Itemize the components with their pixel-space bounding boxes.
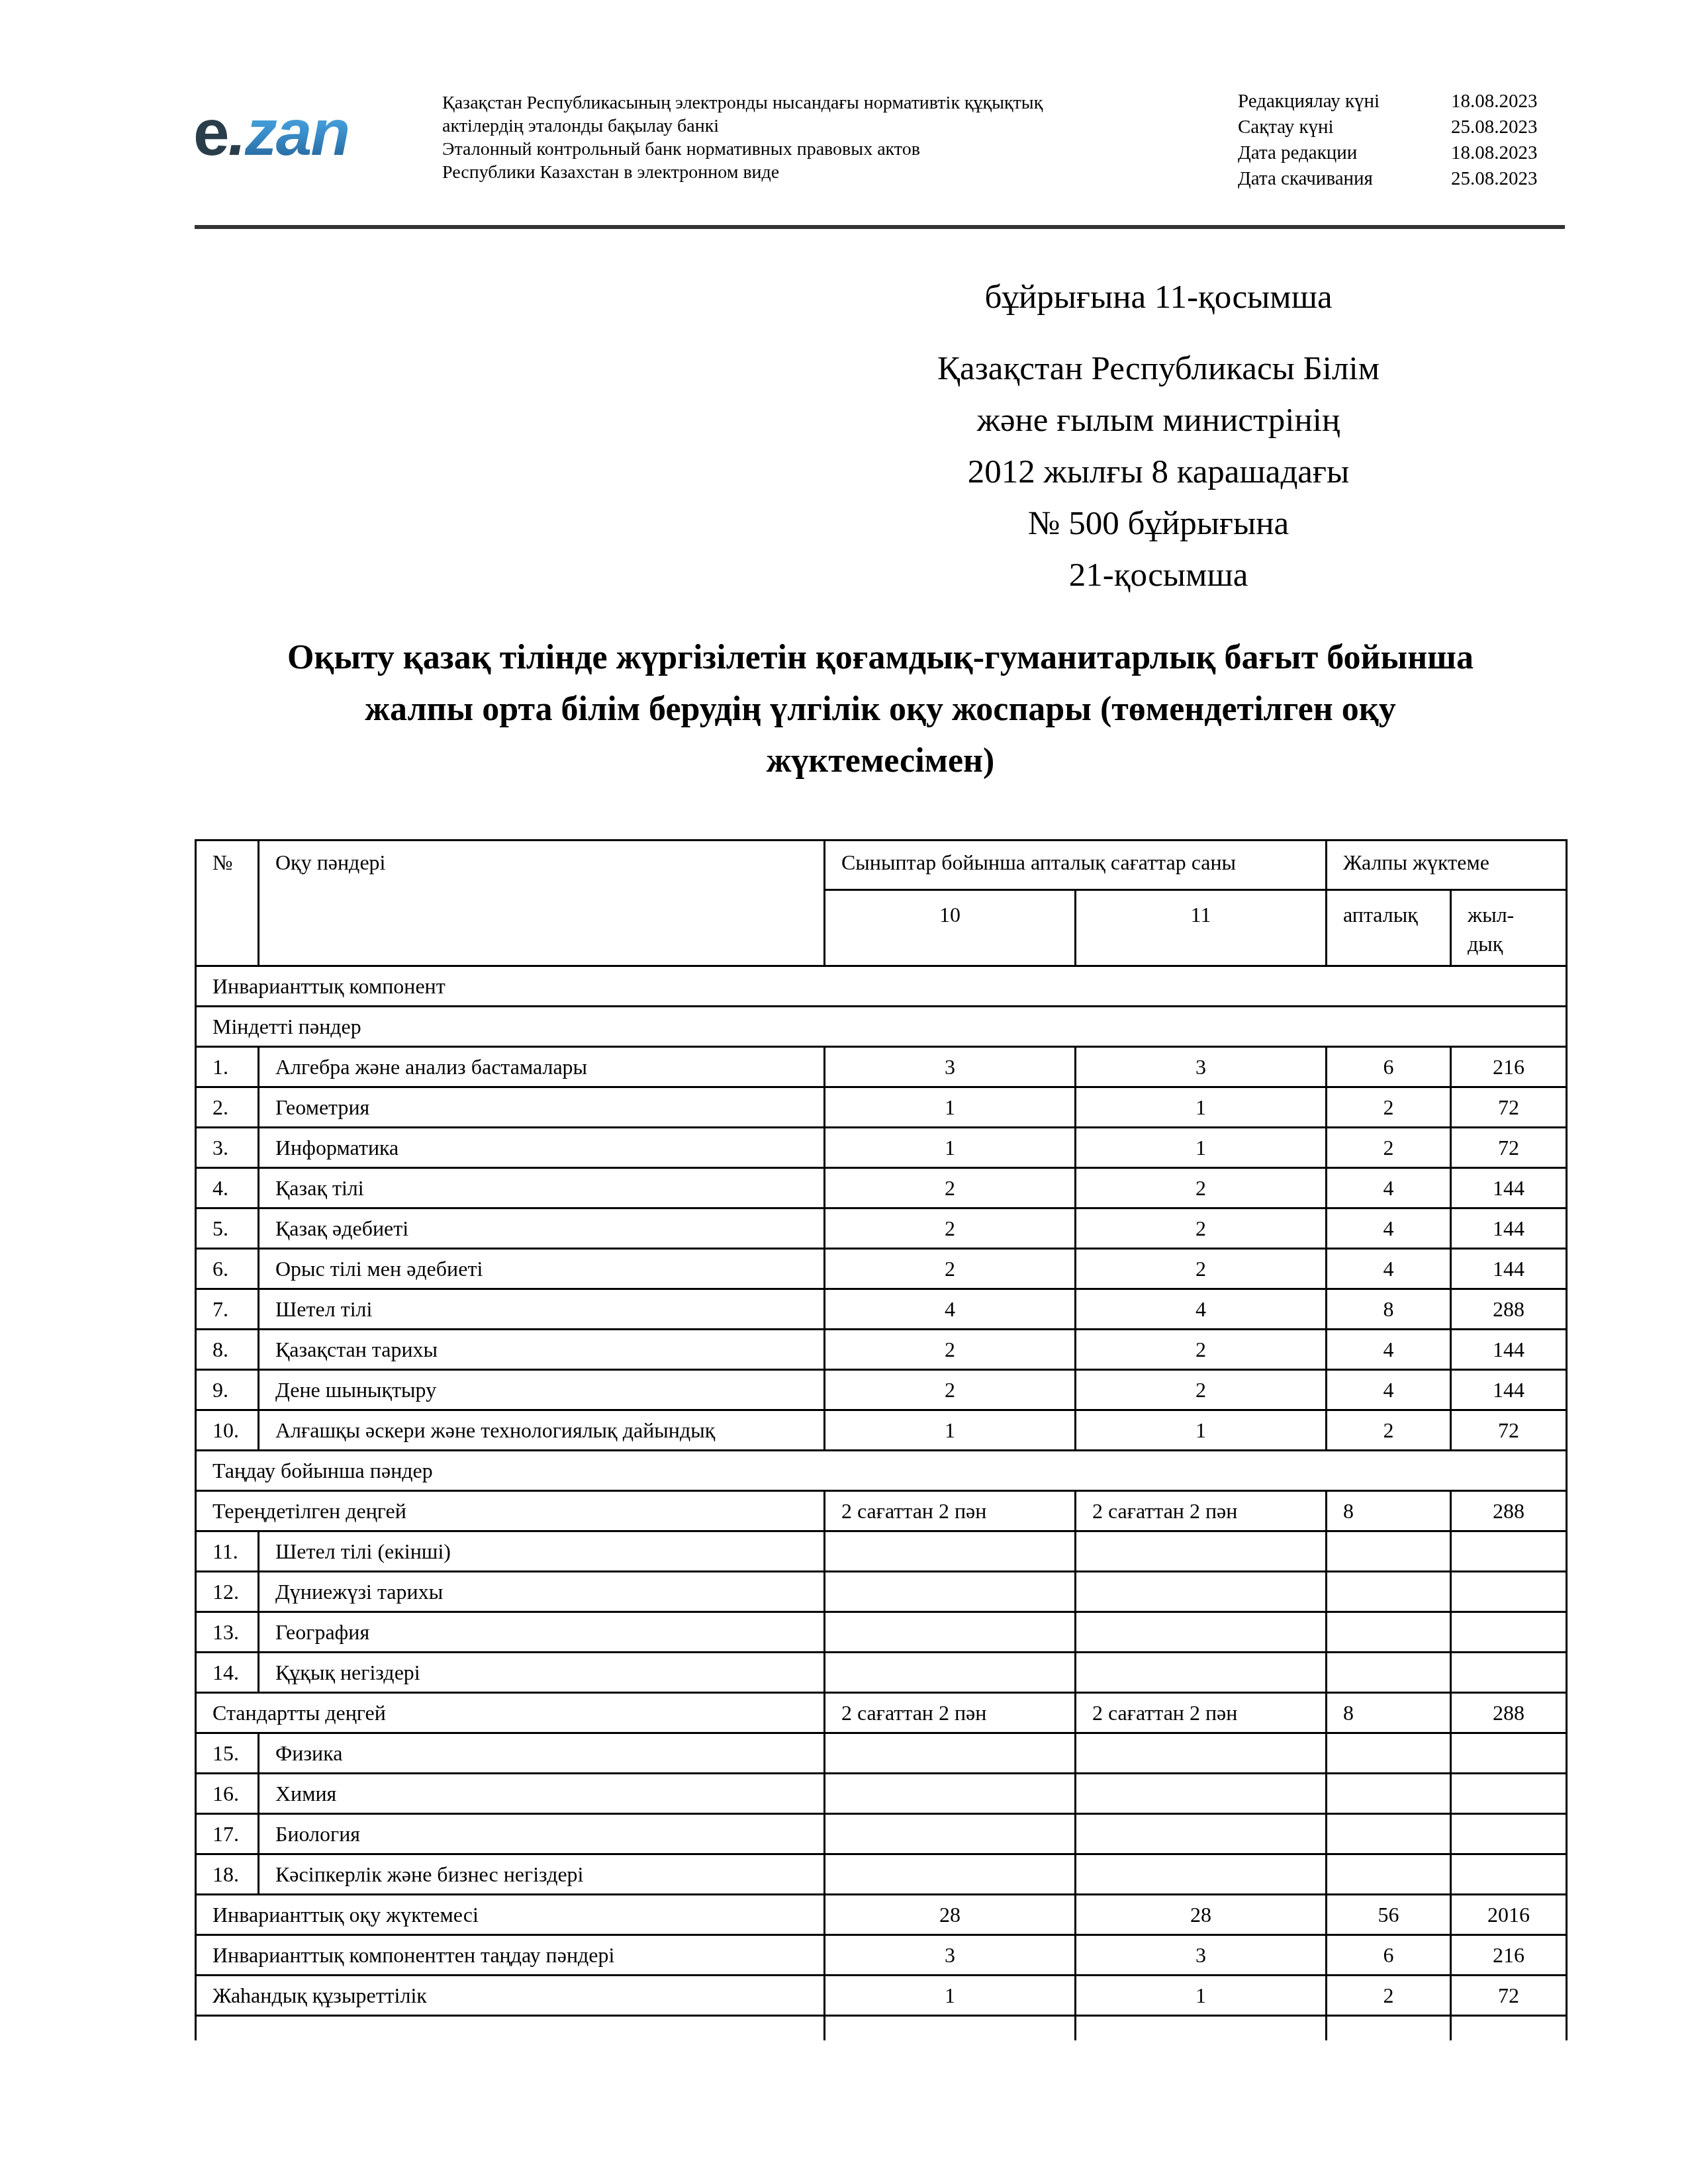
total-label: Инварианттық оқу жүктемесі [196,1895,825,1935]
grade11-hours: 3 [1076,1935,1327,1976]
empty-cell [825,1653,1076,1693]
empty-cell [1451,2016,1567,2041]
table-row: 15.Физика [196,1733,1567,1774]
empty-cell [1076,1612,1327,1653]
row-number: 13. [196,1612,259,1653]
subject-name: Шетел тілі [259,1289,825,1330]
subject-name: География [259,1612,825,1653]
row-number: 5. [196,1208,259,1249]
empty-cell [1451,1733,1567,1774]
section-row: Инварианттық компонент [196,966,1567,1007]
grade10-hours: 1 [825,1410,1076,1451]
weekly-total: 56 [1327,1895,1451,1935]
empty-cell [1327,1814,1451,1854]
row-number: 6. [196,1249,259,1289]
grade11-hours: 2 [1076,1330,1327,1370]
weekly-total: 2 [1327,1128,1451,1168]
empty-cell [1327,1572,1451,1612]
weekly-total: 2 [1327,1976,1451,2016]
yearly-total: 288 [1451,1693,1567,1733]
grade11-hours: 28 [1076,1895,1327,1935]
empty-cell [196,2016,825,2041]
empty-cell [825,1814,1076,1854]
row-number: 7. [196,1289,259,1330]
header-line: Қазақстан Республикасының электронды ныс… [442,91,1043,114]
col-yearly-header: жыл-дық [1451,890,1567,966]
header-line: Республики Казахстан в электронном виде [442,161,1043,184]
col-grade11-header: 11 [1076,890,1327,966]
grade11-hours: 1 [1076,1128,1327,1168]
row-number: 14. [196,1653,259,1693]
grade11-hours: 1 [1076,1976,1327,2016]
yearly-total: 288 [1451,1491,1567,1531]
level-label: Стандартты деңгей [196,1693,825,1733]
yearly-total: 72 [1451,1976,1567,2016]
header-divider [195,225,1565,229]
row-number: 11. [196,1531,259,1572]
weekly-total: 6 [1327,1935,1451,1976]
table-row: 1.Алгебра және анализ бастамалары336216 [196,1047,1567,1087]
col-weekly-header: апталық [1327,890,1451,966]
table-row: 5.Қазақ әдебиеті224144 [196,1208,1567,1249]
empty-cell [1076,1774,1327,1814]
col-total-load-header: Жалпы жүктеме [1327,841,1567,890]
ezan-logo: e.zan [193,99,349,165]
meta-row: Сақтау күні25.08.2023 [1238,114,1538,140]
grade10-hours: 28 [825,1895,1076,1935]
yearly-total: 288 [1451,1289,1567,1330]
header-line: Эталонный контрольный банк нормативных п… [442,138,1043,161]
yearly-total: 72 [1451,1087,1567,1128]
empty-cell [1076,2016,1327,2041]
subject-name: Алғашқы әскери және технологиялық дайынд… [259,1410,825,1451]
annex-block: бұйрығына 11-қосымша Қазақстан Республик… [861,271,1456,601]
subject-name: Құқық негіздері [259,1653,825,1693]
subject-name: Биология [259,1814,825,1854]
yearly-total: 216 [1451,1935,1567,1976]
yearly-total: 144 [1451,1208,1567,1249]
grade11-hours: 2 сағаттан 2 пән [1076,1693,1327,1733]
blank-row [196,2016,1567,2041]
yearly-total: 144 [1451,1370,1567,1410]
table-row: 17.Биология [196,1814,1567,1854]
grade11-hours: 2 [1076,1168,1327,1208]
meta-row: Дата скачивания25.08.2023 [1238,166,1538,192]
col-no-header: № [196,841,259,966]
grade10-hours: 2 [825,1249,1076,1289]
grade10-hours: 1 [825,1128,1076,1168]
empty-cell [1327,1531,1451,1572]
empty-cell [1076,1733,1327,1774]
section-row: Таңдау бойынша пәндер [196,1451,1567,1491]
total-label: Жаһандық құзыреттілік [196,1976,825,2016]
grade10-hours: 3 [825,1935,1076,1976]
total-row: Инварианттық оқу жүктемесі2828562016 [196,1895,1567,1935]
yearly-total: 216 [1451,1047,1567,1087]
empty-cell [1076,1653,1327,1693]
empty-cell [1451,1774,1567,1814]
meta-row: Редакциялау күні18.08.2023 [1238,89,1538,114]
yearly-total: 72 [1451,1128,1567,1168]
empty-cell [1076,1854,1327,1895]
meta-row: Дата редакции18.08.2023 [1238,140,1538,166]
table-row: 4.Қазақ тілі224144 [196,1168,1567,1208]
table-row: 14.Құқық негіздері [196,1653,1567,1693]
empty-cell [1076,1572,1327,1612]
row-number: 10. [196,1410,259,1451]
level-row: Стандартты деңгей2 сағаттан 2 пән2 сағат… [196,1693,1567,1733]
col-grade10-header: 10 [825,890,1076,966]
empty-cell [825,1612,1076,1653]
subject-name: Қазақстан тарихы [259,1330,825,1370]
empty-cell [1451,1854,1567,1895]
level-row: Тереңдетілген деңгей2 сағаттан 2 пән2 са… [196,1491,1567,1531]
grade11-hours: 1 [1076,1087,1327,1128]
weekly-total: 4 [1327,1330,1451,1370]
row-number: 3. [196,1128,259,1168]
weekly-total: 4 [1327,1249,1451,1289]
row-number: 17. [196,1814,259,1854]
grade10-hours: 3 [825,1047,1076,1087]
table-row: 6.Орыс тілі мен әдебиеті224144 [196,1249,1567,1289]
weekly-total: 4 [1327,1370,1451,1410]
yearly-total: 2016 [1451,1895,1567,1935]
row-number: 9. [196,1370,259,1410]
row-number: 1. [196,1047,259,1087]
total-row: Жаһандық құзыреттілік11272 [196,1976,1567,2016]
yearly-total: 144 [1451,1330,1567,1370]
table-row: 2.Геометрия11272 [196,1087,1567,1128]
weekly-total: 8 [1327,1491,1451,1531]
empty-cell [825,2016,1076,2041]
table-header-row: № Оқу пәндері Сыныптар бойынша апталық с… [196,841,1567,890]
grade10-hours: 2 сағаттан 2 пән [825,1693,1076,1733]
table-row: 16.Химия [196,1774,1567,1814]
row-number: 16. [196,1774,259,1814]
empty-cell [825,1733,1076,1774]
subject-name: Геометрия [259,1087,825,1128]
empty-cell [825,1572,1076,1612]
header-meta: Редакциялау күні18.08.2023 Сақтау күні25… [1238,89,1538,192]
header-description: Қазақстан Республикасының электронды ныс… [442,91,1043,184]
weekly-total: 8 [1327,1289,1451,1330]
document-title: Оқыту қазақ тілінде жүргізілетін қоғамды… [192,632,1569,787]
header-line: актілердің эталонды бақылау банкі [442,114,1043,138]
col-weekly-hours-header: Сыныптар бойынша апталық сағаттар саны [825,841,1327,890]
row-number: 15. [196,1733,259,1774]
grade11-hours: 2 [1076,1208,1327,1249]
grade10-hours: 2 [825,1370,1076,1410]
table-row: 12.Дүниежүзі тарихы [196,1572,1567,1612]
grade11-hours: 2 сағаттан 2 пән [1076,1491,1327,1531]
level-label: Тереңдетілген деңгей [196,1491,825,1531]
empty-cell [1076,1814,1327,1854]
subject-name: Информатика [259,1128,825,1168]
empty-cell [1451,1612,1567,1653]
yearly-total: 144 [1451,1168,1567,1208]
empty-cell [825,1774,1076,1814]
grade11-hours: 3 [1076,1047,1327,1087]
table-row: 10.Алғашқы әскери және технологиялық дай… [196,1410,1567,1451]
subject-name: Дене шынықтыру [259,1370,825,1410]
section-row: Міндетті пәндер [196,1007,1567,1047]
table-row: 7.Шетел тілі448288 [196,1289,1567,1330]
subject-name: Алгебра және анализ бастамалары [259,1047,825,1087]
empty-cell [1451,1653,1567,1693]
empty-cell [825,1854,1076,1895]
row-number: 4. [196,1168,259,1208]
grade10-hours: 2 сағаттан 2 пән [825,1491,1076,1531]
empty-cell [825,1531,1076,1572]
yearly-total: 144 [1451,1249,1567,1289]
grade10-hours: 2 [825,1208,1076,1249]
row-number: 2. [196,1087,259,1128]
table-row: 8.Қазақстан тарихы224144 [196,1330,1567,1370]
table-row: 9.Дене шынықтыру224144 [196,1370,1567,1410]
subject-name: Кәсіпкерлік және бизнес негіздері [259,1854,825,1895]
empty-cell [1327,1774,1451,1814]
grade11-hours: 4 [1076,1289,1327,1330]
curriculum-table: № Оқу пәндері Сыныптар бойынша апталық с… [195,839,1568,2040]
table-row: 11.Шетел тілі (екінші) [196,1531,1567,1572]
grade10-hours: 1 [825,1087,1076,1128]
row-number: 12. [196,1572,259,1612]
row-number: 8. [196,1330,259,1370]
subject-name: Дүниежүзі тарихы [259,1572,825,1612]
grade10-hours: 4 [825,1289,1076,1330]
subject-name: Химия [259,1774,825,1814]
weekly-total: 2 [1327,1087,1451,1128]
empty-cell [1076,1531,1327,1572]
subject-name: Қазақ тілі [259,1168,825,1208]
weekly-total: 8 [1327,1693,1451,1733]
grade10-hours: 2 [825,1168,1076,1208]
col-subjects-header: Оқу пәндері [259,841,825,966]
weekly-total: 6 [1327,1047,1451,1087]
weekly-total: 4 [1327,1208,1451,1249]
total-row: Инварианттық компоненттен таңдау пәндері… [196,1935,1567,1976]
subject-name: Шетел тілі (екінші) [259,1531,825,1572]
subject-name: Қазақ әдебиеті [259,1208,825,1249]
empty-cell [1327,1854,1451,1895]
table-row: 13.География [196,1612,1567,1653]
empty-cell [1451,1531,1567,1572]
weekly-total: 4 [1327,1168,1451,1208]
grade11-hours: 2 [1076,1249,1327,1289]
empty-cell [1451,1572,1567,1612]
empty-cell [1327,1612,1451,1653]
weekly-total: 2 [1327,1410,1451,1451]
row-number: 18. [196,1854,259,1895]
subject-name: Физика [259,1733,825,1774]
yearly-total: 72 [1451,1410,1567,1451]
grade10-hours: 1 [825,1976,1076,2016]
table-row: 3.Информатика11272 [196,1128,1567,1168]
empty-cell [1451,1814,1567,1854]
total-label: Инварианттық компоненттен таңдау пәндері [196,1935,825,1976]
grade10-hours: 2 [825,1330,1076,1370]
grade11-hours: 1 [1076,1410,1327,1451]
table-row: 18.Кәсіпкерлік және бизнес негіздері [196,1854,1567,1895]
empty-cell [1327,1653,1451,1693]
empty-cell [1327,1733,1451,1774]
subject-name: Орыс тілі мен әдебиеті [259,1249,825,1289]
empty-cell [1327,2016,1451,2041]
grade11-hours: 2 [1076,1370,1327,1410]
